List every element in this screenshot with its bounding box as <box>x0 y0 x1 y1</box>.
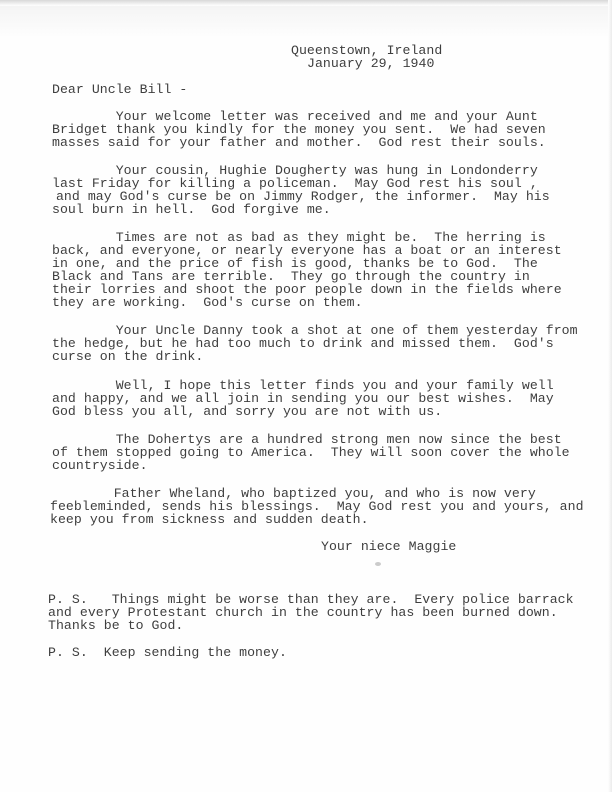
page-right-edge <box>608 0 612 792</box>
closing-signature: Your niece Maggie <box>321 540 456 553</box>
paragraph-line: masses said for your father and mother. … <box>52 136 546 149</box>
salutation: Dear Uncle Bill - <box>52 83 187 96</box>
letter-date: January 29, 1940 <box>307 57 434 70</box>
paragraph-line: they are working. God's curse on them. <box>52 296 363 309</box>
paragraph-line: God bless you all, and sorry you are not… <box>52 405 442 418</box>
letter-page: Queenstown, Ireland January 29, 1940 Dea… <box>0 0 612 792</box>
paragraph-line: countryside. <box>52 459 148 472</box>
paragraph-line: soul burn in hell. God forgive me. <box>52 203 331 216</box>
page-top-shade <box>0 6 612 38</box>
postscript-line: P. S. Keep sending the money. <box>48 646 287 659</box>
postscript-line: Thanks be to God. <box>48 619 183 632</box>
ink-smudge <box>375 562 381 566</box>
paragraph-line: curse on the drink. <box>52 350 203 363</box>
paragraph-line: keep you from sickness and sudden death. <box>50 513 369 526</box>
